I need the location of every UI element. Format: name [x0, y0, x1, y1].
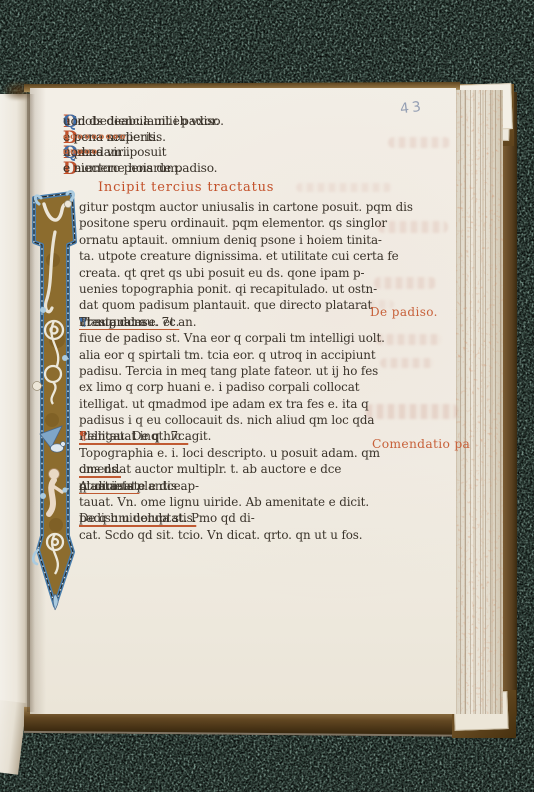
body-text-line: creata. qt qret qs ubi posuit eu ds. qon…	[79, 265, 453, 281]
marginal-note-de-padiso: De padiso.	[370, 305, 438, 319]
chapter-list: De inobediencia mlieb vxor. Quod ds deab…	[63, 114, 457, 176]
body-text-line: positone speru ordinauit. pqm elementor.…	[79, 215, 453, 231]
chapter-list-line: De eiectone hois de padiso. De numero pe…	[63, 161, 457, 177]
beast-head	[33, 382, 42, 391]
text-segment: dns ds.	[79, 461, 121, 477]
body-text-line: itelligat. ut qmadmod ipe adam ex tra fe…	[79, 396, 453, 412]
text-segment: cat. Scdo qd sit. tcio. Vn dicat. qrto. …	[79, 527, 363, 543]
text-segment: padisu. Tercia in meq tang plate fateor.…	[79, 363, 378, 379]
text-segment: uenies topographia ponit. qi recapitulad…	[79, 281, 377, 297]
body-text-line: cat. Scdo qd sit. tcio. Vn dicat. qrto. …	[79, 527, 453, 543]
facing-page-edge	[0, 94, 30, 716]
body-text-line: ta. utpote creature dignissima. et utili…	[79, 248, 453, 264]
text-segment: positone speru ordinauit. pqm elementor.…	[79, 215, 387, 231]
text-segment: creata. qt qret qs ubi posuit eu ds. qon…	[79, 265, 364, 281]
illuminated-initial-I	[31, 190, 78, 612]
text-segment: fiue de padiso st. Vna eor q corpali tm …	[79, 330, 385, 346]
body-text-line: tauat. Vn. ome lignu uiride. Ab amenitat…	[79, 494, 453, 510]
text-segment: ornatu aptauit. omnium deniq psone i hoi…	[79, 232, 382, 248]
text-segment: ta. utpote creature dignissima. et utili…	[79, 248, 399, 264]
body-text-line: ornatu aptauit. omnium deniq psone i hoi…	[79, 232, 453, 248]
text-segment: gitur postqm auctor uniusalis in cartone…	[79, 199, 413, 215]
body-text-line: alia eor q spirtali tm. tcia eor. q utro…	[79, 347, 453, 363]
text-segment: dat quom padisum plantauit. que directo …	[79, 297, 372, 313]
chapter-list-line: De inobediencia mlieb vxor. Quod ds deab…	[63, 114, 457, 130]
text-segment: qt diuisis plantis ap-	[79, 478, 199, 494]
text-segment: padisus i q eu collocauit ds. nich aliud…	[79, 412, 374, 428]
rubric-incipit: Incipit tercius tractatus	[98, 180, 338, 195]
text-segment: uod ds deabulauit i padiso.	[63, 114, 224, 130]
text-segment: De q h uidenda st. Pmo qd di-	[79, 510, 255, 526]
body-text-line: ex limo q corp huani e. i padiso corpali…	[79, 379, 453, 395]
body-text-line: padisum uoluptatis. De q h uidenda st. P…	[79, 510, 453, 526]
text-segment: alia eor q spirtali tm. tcia eor. q utro…	[79, 347, 376, 363]
text-segment: ¶	[79, 428, 86, 444]
text-segment: tauat. Vn. ome lignu uiride. Ab amenitat…	[79, 494, 369, 510]
fore-edge-speckle	[455, 90, 503, 714]
body-text-block: gitur postqm auctor uniusalis in cartone…	[79, 199, 453, 543]
text-segment: ex limo q corp huani e. i padiso corpali…	[79, 379, 359, 395]
chapter-list-line: De pena serpentis. De pena mulieris. ooo…	[63, 130, 457, 146]
body-text-line: uenies topographia ponit. qi recapitulad…	[79, 281, 453, 297]
text-segment: e numero penarum.	[63, 161, 181, 177]
body-text-line: fiue de padiso st. Vna eor q corpali tm …	[79, 330, 453, 346]
text-segment: Plantauat inqt. 7c.	[79, 428, 188, 444]
body-text-line: padisus i q eu collocauit ds. nich aliud…	[79, 412, 453, 428]
text-segment: Tres gnales	[79, 314, 148, 330]
text-segment: Topographia e. i. loci descripto. u posu…	[79, 445, 380, 461]
body-text-line: gitur postqm auctor uniusalis in cartone…	[79, 199, 453, 215]
chapter-list-line: De pena viri. Quod adam iposuit eue nom.…	[63, 145, 457, 161]
manuscript-photo: 43 De inobediencia mlieb vxor. Quod ds d…	[0, 0, 534, 792]
body-text-line: A uarietate e dce. plantauat. qt diuisis…	[79, 478, 453, 494]
marginal-note-comendatio: Comendatio pa	[372, 437, 470, 451]
body-text-line: omendat auctor multiplr. t. ab auctore e…	[79, 461, 453, 477]
text-segment: itelligat. ut qmadmod ipe adam ex tra fe…	[79, 396, 369, 412]
body-text-line: padisu. Tercia in meq tang plate fateor.…	[79, 363, 453, 379]
